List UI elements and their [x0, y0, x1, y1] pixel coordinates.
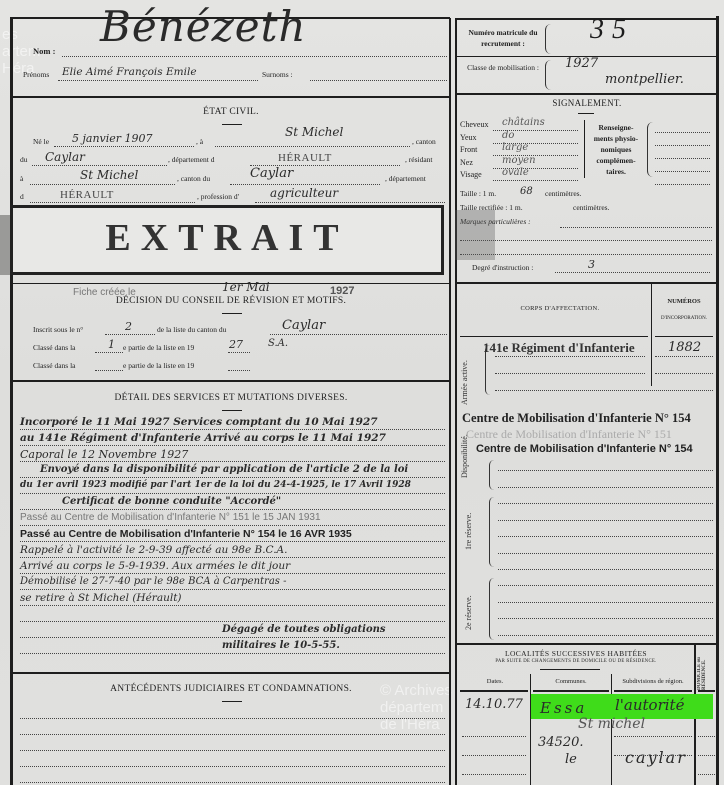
affectation-numero-1: 1882	[668, 340, 701, 355]
antecedents-title: ANTÉCÉDENTS JUDICIAIRES ET CONDAMNATIONS…	[13, 684, 449, 694]
lieu-naissance: St Michel	[285, 125, 343, 139]
disponibilite-row-3: Centre de Mobilisation d'Infanterie N° 1…	[476, 443, 693, 455]
localites-header-communes: Communes.	[531, 678, 611, 685]
service-line: du 1er avril 1923 modifié par l'art 1er …	[20, 480, 411, 490]
residence: St Michel	[80, 168, 138, 182]
numeros-sub: D'INCORPORATION.	[652, 316, 716, 321]
partie-label-1: e partie de la liste en 19	[123, 343, 194, 352]
centimetres-label: centimètres.	[545, 189, 581, 198]
departement-naissance: HÉRAULT	[278, 152, 332, 164]
renseignements-label: Renseigne-ments physio-nomiques compléme…	[590, 122, 642, 177]
registry-sheet: esartemHéra © Archives © Archivesdéparte…	[0, 0, 724, 785]
inscrit-label: Inscrit sous le n°	[33, 325, 83, 334]
canton-label: , canton	[412, 137, 436, 146]
localite-commune-4: le	[565, 752, 577, 767]
nom-value: Bénézeth	[100, 2, 307, 51]
profession: agriculteur	[270, 186, 338, 200]
section-premiere-reserve: 1re réserve.	[464, 505, 473, 550]
service-line: Passé au Centre de Mobilisation d'Infant…	[20, 528, 352, 540]
a2-label: à	[20, 174, 23, 183]
section-deuxieme-reserve: 2e réserve.	[464, 585, 473, 630]
profession-label: , profession d'	[197, 192, 239, 201]
localite-commune-1: Essa	[540, 699, 587, 717]
signalement-label-0: Cheveux	[460, 120, 488, 129]
residant-label: , résidant	[405, 155, 433, 164]
prenoms-value: Elie Aimé François Emile	[62, 66, 197, 78]
localites-header-dates: Dates.	[460, 678, 530, 685]
classe1-partie: 1	[108, 338, 115, 351]
disponibilite-row-1: Centre de Mobilisation d'Infanterie N° 1…	[462, 411, 691, 426]
affectation-corps-1: 141e Régiment d'Infanterie	[483, 340, 635, 356]
date-naissance: 5 janvier 1907	[72, 132, 153, 145]
d-label: d	[20, 192, 24, 201]
departement2-label: , département	[385, 174, 426, 183]
signalement-value-0: châtains	[502, 117, 545, 128]
service-line: Passé au Centre de Mobilisation d'Infant…	[20, 512, 321, 523]
service-line: Rappelé à l'activité le 2-9-39 affecté a…	[20, 544, 287, 556]
signalement-label-3: Nez	[460, 158, 473, 167]
disponibilite-row-2: Centre de Mobilisation d'Infanterie N° 1…	[466, 427, 672, 442]
taille-label: Taille : 1 m.	[460, 189, 496, 198]
degre-value: 3	[588, 258, 595, 271]
localite-date-1: 14.10.77	[465, 697, 523, 712]
numeros-header: NUMÉROS	[652, 298, 716, 305]
service-line: Certificat de bonne conduite "Accordé"	[62, 496, 281, 507]
signalement-label-2: Front	[460, 145, 477, 154]
services-title: DÉTAIL DES SERVICES ET MUTATIONS DIVERSE…	[13, 393, 449, 403]
corps-header: CORPS D'AFFECTATION.	[470, 305, 650, 312]
section-armee-active: Armée active.	[460, 345, 469, 405]
extrait-banner: EXTRAIT	[10, 205, 444, 275]
localite-subdivision-4: caylar	[625, 748, 687, 767]
service-line: Envoyé dans la disponibilité par applica…	[40, 464, 408, 475]
localites-header-subdivisions: Subdivisions de région.	[612, 678, 694, 685]
classe1-label: Classé dans la	[33, 343, 76, 352]
nom-label: Nom :	[33, 46, 55, 56]
departement-residence: HÉRAULT	[60, 189, 114, 201]
classe-value: 1927	[565, 56, 598, 71]
service-line: Arrivé au corps le 5-9-1939. Aux armées …	[20, 560, 290, 572]
localites-subtitle: PAR SUITE DE CHANGEMENTS DE DOMICILE OU …	[460, 659, 692, 664]
service-line: Caporal le 12 Novembre 1927	[20, 448, 188, 461]
du-label: du	[20, 155, 28, 164]
bureau-value: montpellier.	[605, 72, 684, 87]
matricule-numero: 35	[590, 14, 634, 46]
signalement-label-1: Yeux	[460, 133, 477, 142]
liste-canton: Caylar	[282, 318, 325, 333]
service-line: Incorporé le 11 Mai 1927 Services compta…	[20, 416, 378, 428]
degre-label: Degré d'instruction :	[472, 263, 533, 272]
signalement-title: SIGNALEMENT.	[457, 98, 717, 108]
service-line: Démobilisé le 27-7-40 par le 98e BCA à C…	[20, 576, 286, 587]
signalement-value-3: moyen	[502, 155, 536, 166]
localite-commune-2: St michel	[578, 716, 645, 732]
signalement-value-4: ovale	[502, 167, 529, 178]
canton-naissance: Caylar	[45, 150, 85, 164]
centimetres-label-2: centimètres.	[573, 203, 609, 212]
prenoms-label: Prénoms	[23, 70, 49, 79]
canton-residence: Caylar	[250, 166, 293, 181]
localites-side-header: DOMICILE ou RÉSIDENCE.	[697, 650, 707, 690]
localites-title: LOCALITÉS SUCCESSIVES HABITÉES	[460, 649, 692, 658]
taille-cm: 68	[520, 186, 533, 197]
service-line: militaires le 10-5-55.	[222, 640, 340, 651]
revision-title: DÉCISION DU CONSEIL DE RÉVISION ET MOTIF…	[13, 296, 449, 306]
canton2-label: , canton du	[177, 174, 210, 183]
extrait-label: EXTRAIT	[13, 216, 441, 260]
partie-label-2: e partie de la liste en 19	[123, 361, 194, 370]
a-label: , à	[196, 137, 203, 146]
classe1-annee: 27	[229, 338, 243, 351]
signalement-value-1: do	[502, 130, 514, 141]
fiche-date: 1er Mai	[222, 280, 270, 294]
matricule-label: Numéro matricule du recrutement :	[458, 27, 548, 49]
classe-label: Classe de mobilisation :	[458, 62, 548, 73]
classe2-label: Classé dans la	[33, 361, 76, 370]
classe1-note: S.A.	[268, 338, 288, 349]
service-line: Dégagé de toutes obligations	[222, 624, 386, 635]
departement-label: , département d	[168, 155, 214, 164]
etat-civil-title: ÉTAT CIVIL.	[13, 107, 449, 117]
ne-le-label: Né le	[33, 137, 49, 146]
signalement-label-4: Visage	[460, 170, 482, 179]
localite-subdivision-1: l'autorité	[615, 696, 684, 714]
liste-canton-label: de la liste du canton du	[157, 325, 226, 334]
localite-commune-3: 34520.	[538, 735, 584, 750]
service-line: au 141e Régiment d'Infanterie Arrivé au …	[20, 432, 386, 444]
signalement-value-2: large	[502, 142, 528, 153]
inscrit-numero: 2	[125, 320, 132, 333]
service-line: se retire à St Michel (Hérault)	[20, 592, 182, 604]
surnoms-label: Surnoms :	[262, 70, 293, 79]
